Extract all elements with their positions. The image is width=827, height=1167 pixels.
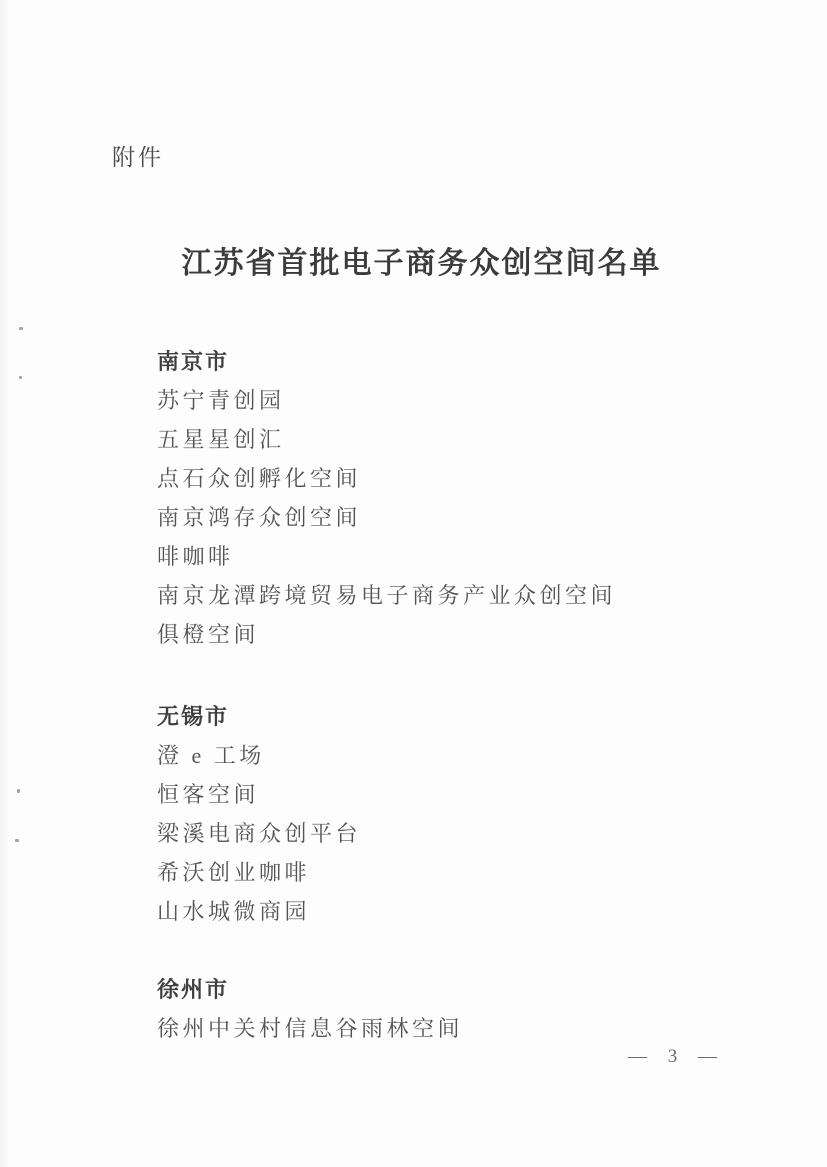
section-wuxi: 无锡市 澄 e 工场 恒客空间 梁溪电商众创平台 希沃创业咖啡 山水城微商园 <box>157 697 777 931</box>
space-list-item: 俱橙空间 <box>157 615 777 654</box>
section-xuzhou: 徐州市 徐州中关村信息谷雨林空间 <box>157 970 777 1048</box>
city-header-wuxi: 无锡市 <box>157 697 777 736</box>
scan-artifact-dot <box>19 376 22 379</box>
page-number: — 3 — <box>628 1046 725 1068</box>
scan-artifact-dot <box>19 327 23 330</box>
space-list-item: 点石众创孵化空间 <box>157 459 777 498</box>
space-list-item: 啡咖啡 <box>157 537 777 576</box>
document-title: 江苏省首批电子商务众创空间名单 <box>0 238 827 282</box>
space-list-item: 梁溪电商众创平台 <box>157 814 777 853</box>
space-list-item: 徐州中关村信息谷雨林空间 <box>157 1009 777 1048</box>
space-list-item: 希沃创业咖啡 <box>157 853 777 892</box>
attachment-label: 附件 <box>112 139 164 172</box>
scan-edge-shadow <box>0 0 9 1167</box>
section-nanjing: 南京市 苏宁青创园 五星星创汇 点石众创孵化空间 南京鸿存众创空间 啡咖啡 南京… <box>157 342 777 654</box>
space-list-item: 恒客空间 <box>157 775 777 814</box>
space-list-item: 南京鸿存众创空间 <box>157 498 777 537</box>
space-list-item: 苏宁青创园 <box>157 381 777 420</box>
city-header-xuzhou: 徐州市 <box>157 970 777 1009</box>
city-header-nanjing: 南京市 <box>157 342 777 381</box>
document-page: 附件 江苏省首批电子商务众创空间名单 南京市 苏宁青创园 五星星创汇 点石众创孵… <box>0 0 827 1167</box>
space-list-item: 南京龙潭跨境贸易电子商务产业众创空间 <box>157 576 777 615</box>
space-list-item: 山水城微商园 <box>157 892 777 931</box>
space-list-item: 五星星创汇 <box>157 420 777 459</box>
scan-artifact-dot <box>15 839 19 842</box>
scan-artifact-dot <box>17 789 20 793</box>
space-list-item: 澄 e 工场 <box>157 736 777 775</box>
